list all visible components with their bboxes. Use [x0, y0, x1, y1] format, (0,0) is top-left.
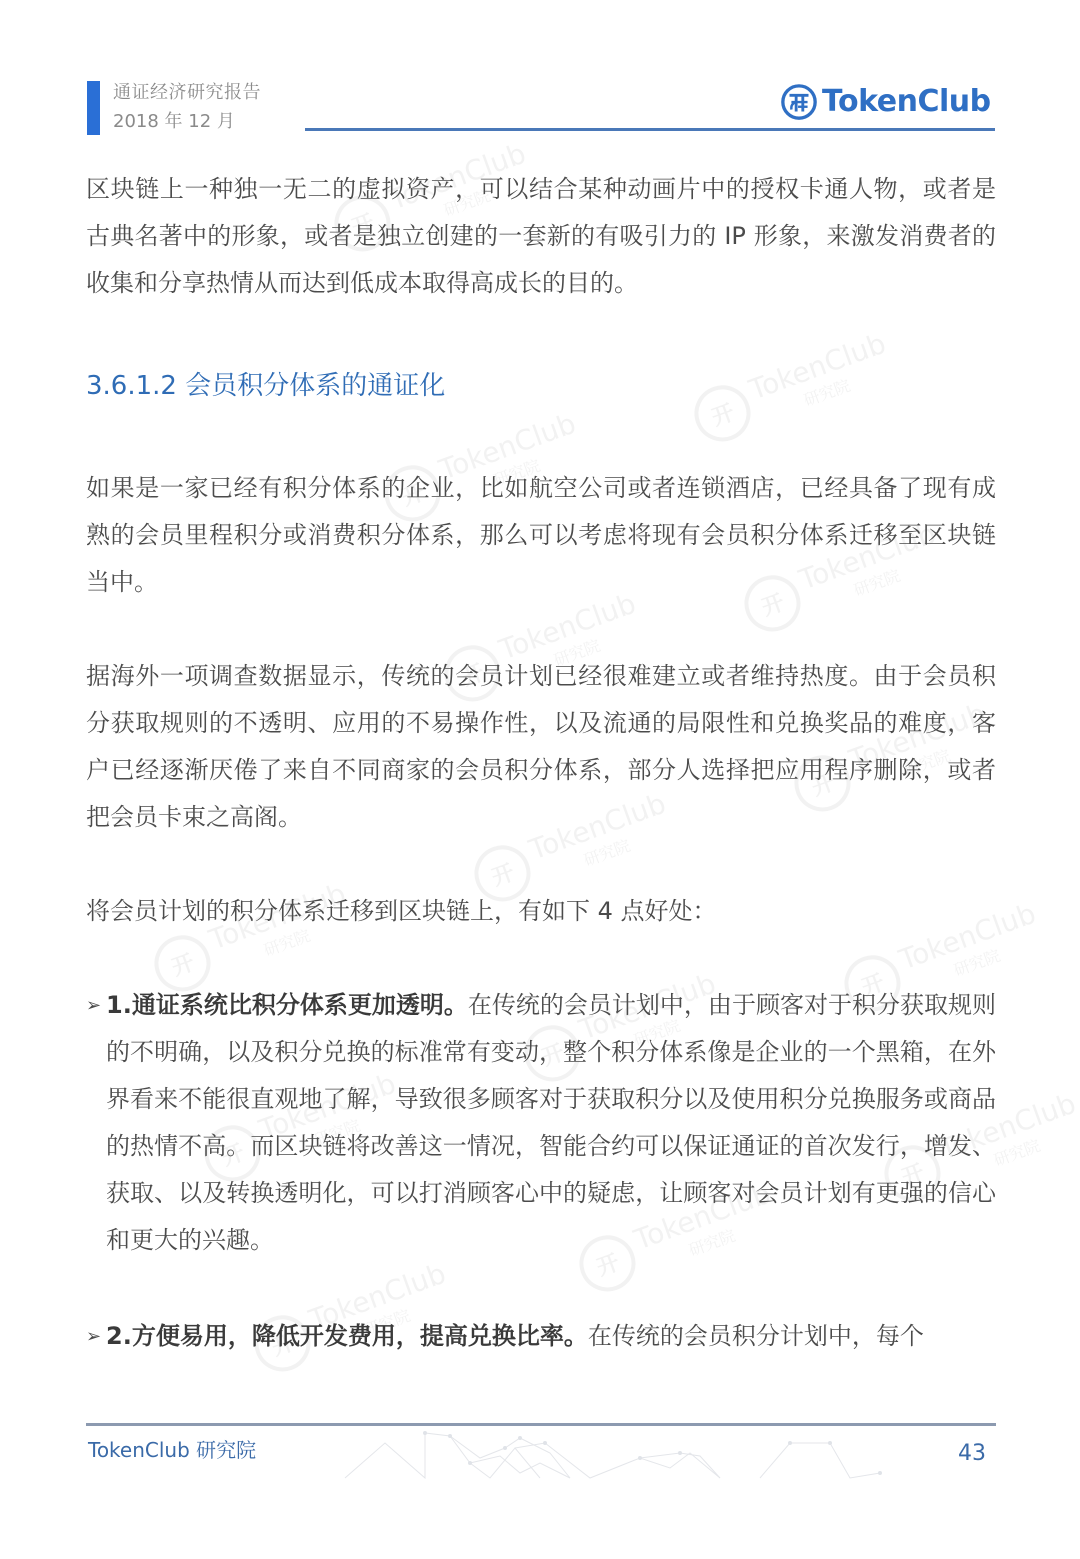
- header-divider: [305, 128, 995, 131]
- network-decoration-icon: [340, 1428, 960, 1483]
- watermark-sub: 研究院: [756, 356, 898, 426]
- logo-wordmark: TokenClub: [822, 82, 991, 122]
- bullet-item-2-title: 2.方便易用，降低开发费用，提高兑换比率。: [106, 1322, 588, 1350]
- intro-paragraph: 区块链上一种独一无二的虚拟资产，可以结合某种动画片中的授权卡通人物，或者是古典名…: [86, 166, 996, 307]
- arrow-bullet-icon: ➢: [86, 1313, 106, 1360]
- bullet-item-2-text: 在传统的会员积分计划中，每个: [588, 1322, 924, 1350]
- arrow-bullet-icon: ➢: [86, 982, 106, 1029]
- tokenclub-logo-icon: [780, 83, 818, 121]
- watermark: 开 TokenClub研究院: [687, 327, 898, 450]
- footer-divider: [86, 1423, 996, 1426]
- bullet-item-1: ➢ 1.通证系统比积分体系更加透明。在传统的会员计划中，由于顾客对于积分获取规则…: [86, 982, 996, 1264]
- paragraph-2: 据海外一项调查数据显示，传统的会员计划已经很难建立或者维持热度。由于会员积分获取…: [86, 653, 996, 841]
- bullet-item-1-title: 1.通证系统比积分体系更加透明。: [106, 991, 468, 1019]
- bullet-item-2: ➢ 2.方便易用，降低开发费用，提高兑换比率。在传统的会员积分计划中，每个: [86, 1313, 996, 1360]
- watermark-text: TokenClub: [745, 328, 889, 405]
- footer-org: TokenClub 研究院: [88, 1436, 256, 1464]
- section-heading: 3.6.1.2 会员积分体系的通证化: [86, 364, 445, 408]
- tokenclub-logo: TokenClub: [780, 82, 991, 122]
- paragraph-3: 将会员计划的积分体系迁移到区块链上，有如下 4 点好处：: [86, 888, 996, 935]
- report-title: 通证经济研究报告: [113, 81, 261, 105]
- report-date: 2018 年 12 月: [113, 110, 235, 134]
- paragraph-1: 如果是一家已经有积分体系的企业，比如航空公司或者连锁酒店，已经具备了现有成熟的会…: [86, 465, 996, 606]
- page-number: 43: [958, 1440, 986, 1468]
- watermark-logo-icon: 开: [687, 378, 759, 450]
- bullet-item-1-text: 在传统的会员计划中，由于顾客对于积分获取规则的不明确，以及积分兑换的标准常有变动…: [106, 991, 996, 1254]
- header-accent-bar: [87, 81, 100, 135]
